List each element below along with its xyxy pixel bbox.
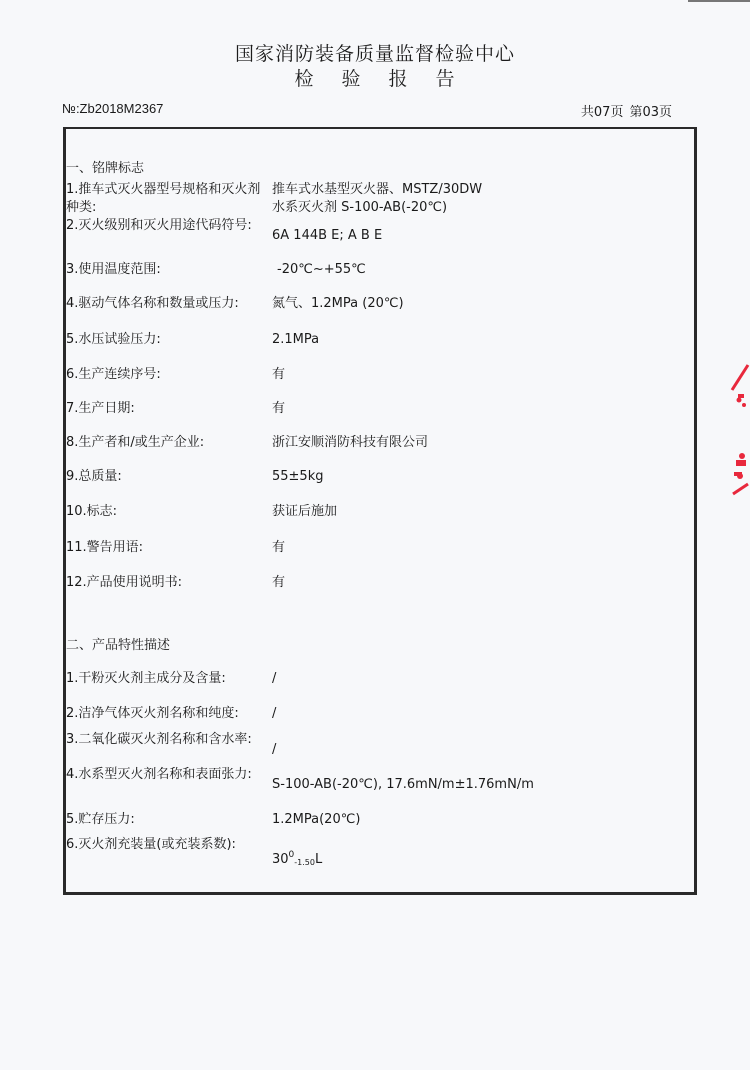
item-value: 有 (272, 366, 285, 384)
item-label: 3.使用温度范围: (66, 261, 266, 279)
doc-title: 检 验 报 告 (0, 64, 750, 91)
scan-edge (688, 0, 750, 2)
item-label: 1.干粉灭火剂主成分及含量: (66, 670, 266, 688)
item-label: 3.二氧化碳灭火剂名称和含水率: (66, 731, 256, 749)
item-value: -20℃~+55℃ (277, 261, 366, 279)
item-value: 浙江安顺消防科技有限公司 (272, 434, 428, 452)
item-value: / (272, 741, 276, 759)
item-label: 2.灭火级别和灭火用途代码符号: (66, 217, 256, 235)
item-value: 氮气、1.2MPa (20℃) (272, 295, 404, 313)
item-label: 9.总质量: (66, 468, 266, 486)
item-value: / (272, 705, 276, 723)
item-label: 7.生产日期: (66, 400, 266, 418)
fill-unit: L (315, 852, 322, 867)
item-label: 11.警告用语: (66, 539, 266, 557)
item-value-line: 水系灭火剂 S-100-AB(-20℃) (272, 199, 482, 217)
fill-tolerance-lower: -1.50 (294, 858, 315, 867)
fill-base: 30 (272, 852, 289, 867)
item-value: 获证后施加 (272, 503, 337, 521)
item-label: 12.产品使用说明书: (66, 574, 266, 592)
item-label: 5.水压试验压力: (66, 331, 266, 349)
item-label: 4.水系型灭火剂名称和表面张力: (66, 766, 256, 784)
total-pages: 共07页 (581, 105, 624, 120)
item-value: 55±5kg (272, 468, 324, 486)
item-label: 8.生产者和/或生产企业: (66, 434, 266, 452)
item-value: / (272, 670, 276, 688)
item-value: 有 (272, 574, 285, 592)
page-indicator: 共07页第03页 (581, 101, 672, 120)
item-value: 2.1MPa (272, 331, 319, 349)
section-title-nameplate: 一、铭牌标志 (66, 157, 144, 176)
report-number: №:Zb2018M2367 (62, 101, 163, 116)
section-title-characteristics: 二、产品特性描述 (66, 634, 170, 653)
item-label: 6.灭火剂充装量(或充装系数): (66, 836, 256, 854)
item-label: 2.洁净气体灭火剂名称和纯度: (66, 705, 266, 723)
official-seal-fragment (730, 360, 750, 500)
item-value: 6A 144B E; A B E (272, 227, 382, 245)
item-value: 1.2MPa(20℃) (272, 811, 360, 829)
item-label: 6.生产连续序号: (66, 366, 266, 384)
item-label: 5.贮存压力: (66, 811, 266, 829)
item-value: 有 (272, 400, 285, 418)
item-value: 推车式水基型灭火器、MSTZ/30DW 水系灭火剂 S-100-AB(-20℃) (272, 181, 482, 217)
item-value-line: 推车式水基型灭火器、MSTZ/30DW (272, 181, 482, 199)
item-label: 1.推车式灭火器型号规格和灭火剂种类: (66, 181, 266, 217)
item-label: 4.驱动气体名称和数量或压力: (66, 295, 266, 313)
current-page: 第03页 (629, 105, 672, 120)
org-title: 国家消防装备质量监督检验中心 (0, 39, 750, 66)
item-value: S-100-AB(-20℃), 17.6mN/m±1.76mN/m (272, 776, 534, 794)
item-value: 300-1.50L (272, 846, 322, 872)
item-value: 有 (272, 539, 285, 557)
item-label: 10.标志: (66, 503, 266, 521)
